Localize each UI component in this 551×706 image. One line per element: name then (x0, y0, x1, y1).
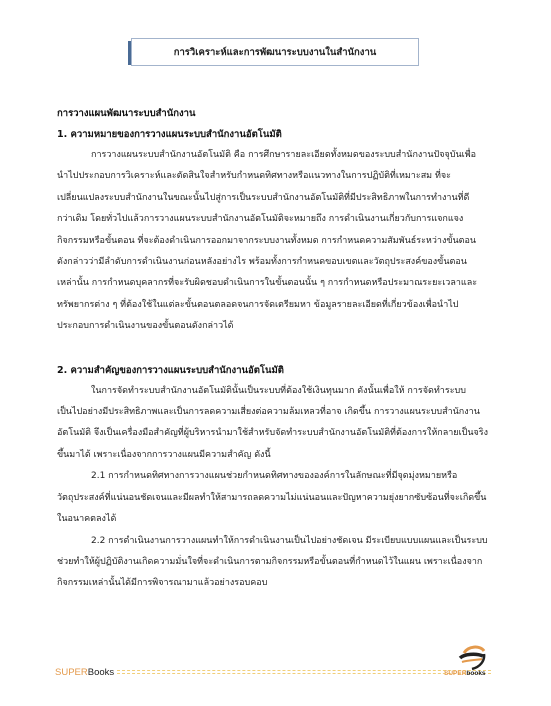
text-line: กิจกรรมหรือขั้นตอน ที่จะต้องดำเนินการออก… (57, 231, 527, 252)
document-body: การวางแผนพัฒนาระบบสำนักงาน 1. ความหมายขอ… (57, 103, 527, 595)
logo-text: SUPERbooks (444, 670, 486, 677)
logo-books-text: books (466, 670, 485, 677)
superbooks-logo-icon (458, 645, 486, 671)
text-line: เป็นไปอย่างมีประสิทธิภาพและเป็นการลดความ… (57, 402, 527, 423)
page-footer: SUPERBooks (55, 662, 495, 682)
section-1-heading: 1. ความหมายของการวางแผนระบบสำนักงานอัตโน… (57, 124, 527, 145)
text-line: กิจกรรมเหล่านั้นได้มีการพิจารณามาแล้วอย่… (57, 573, 527, 594)
text-line: วัตถุประสงค์ที่แน่นอนชัดเจนและมีผลทำให้ส… (57, 488, 527, 509)
text-line: ประกอบการดำเนินงานของขั้นตอนดังกล่าวได้ (57, 316, 527, 337)
superbooks-logo: SUPERbooks (440, 645, 500, 681)
text-line: ดังกล่าวว่ามีลำดับการดำเนินงานก่อนหลังอย… (57, 252, 527, 273)
item-2-2-paragraph: 2.2 การดำเนินงานการวางแผนทำให้การดำเนินง… (57, 531, 527, 595)
title-accent-bar (128, 41, 131, 65)
text-line: 2.1 การกำหนดทิศทางการวางแผนช่วยกำหนดทิศท… (57, 466, 527, 487)
text-line: 2.2 การดำเนินงานการวางแผนทำให้การดำเนินง… (57, 531, 527, 552)
text-line: ในการจัดทำระบบสำนักงานอัตโนมัตินั้นเป็นร… (57, 381, 527, 402)
footer-dashed-rule (117, 670, 491, 674)
footer-brand: SUPERBooks (55, 667, 114, 678)
text-line: เปลี่ยนแปลงระบบสำนักงานในขณะนั้นไปสู่การ… (57, 188, 527, 209)
text-line: อัตโนมัติ จึงเป็นเครื่องมือสำคัญที่ผู้บร… (57, 423, 527, 444)
section-1-paragraph: การวางแผนระบบสำนักงานอัตโนมัติ คือ การศึ… (57, 145, 527, 338)
document-title: การวิเคราะห์และการพัฒนาระบบงานในสำนักงาน (174, 45, 377, 60)
brand-books-text: Books (88, 667, 114, 678)
text-line: ทรัพยากรต่าง ๆ ที่ต้องใช้ในแต่ละขั้นตอนต… (57, 295, 527, 316)
section-2-paragraph: ในการจัดทำระบบสำนักงานอัตโนมัตินั้นเป็นร… (57, 381, 527, 467)
main-section-heading: การวางแผนพัฒนาระบบสำนักงาน (57, 103, 527, 124)
text-line: ช่วยทำให้ผู้ปฏิบัติงานเกิดความมั่นใจที่จ… (57, 552, 527, 573)
text-line: ขึ้นมาได้ เพราะเนื่องจากการวางแผนมีความส… (57, 445, 527, 466)
text-line: เหล่านั้น การกำหนดบุคลากรที่จะรับผิดชอบด… (57, 273, 527, 294)
text-line: ในอนาคตลงได้ (57, 509, 527, 530)
brand-super-text: SUPER (55, 667, 88, 678)
logo-super-text: SUPER (444, 670, 466, 677)
text-line: นำไปประกอบการวิเคราะห์และตัดสินใจสำหรับก… (57, 166, 527, 187)
document-page: การวิเคราะห์และการพัฒนาระบบงานในสำนักงาน… (0, 0, 551, 706)
item-2-1-paragraph: 2.1 การกำหนดทิศทางการวางแผนช่วยกำหนดทิศท… (57, 466, 527, 530)
spacer (57, 338, 527, 360)
title-box: การวิเคราะห์และการพัฒนาระบบงานในสำนักงาน (131, 38, 419, 66)
text-line: กว่าเดิม โดยทั่วไปแล้วการวางแผนระบบสำนัก… (57, 209, 527, 230)
text-line: การวางแผนระบบสำนักงานอัตโนมัติ คือ การศึ… (57, 145, 527, 166)
section-2-heading: 2. ความสำคัญของการวางแผนระบบสำนักงานอัตโ… (57, 360, 527, 381)
